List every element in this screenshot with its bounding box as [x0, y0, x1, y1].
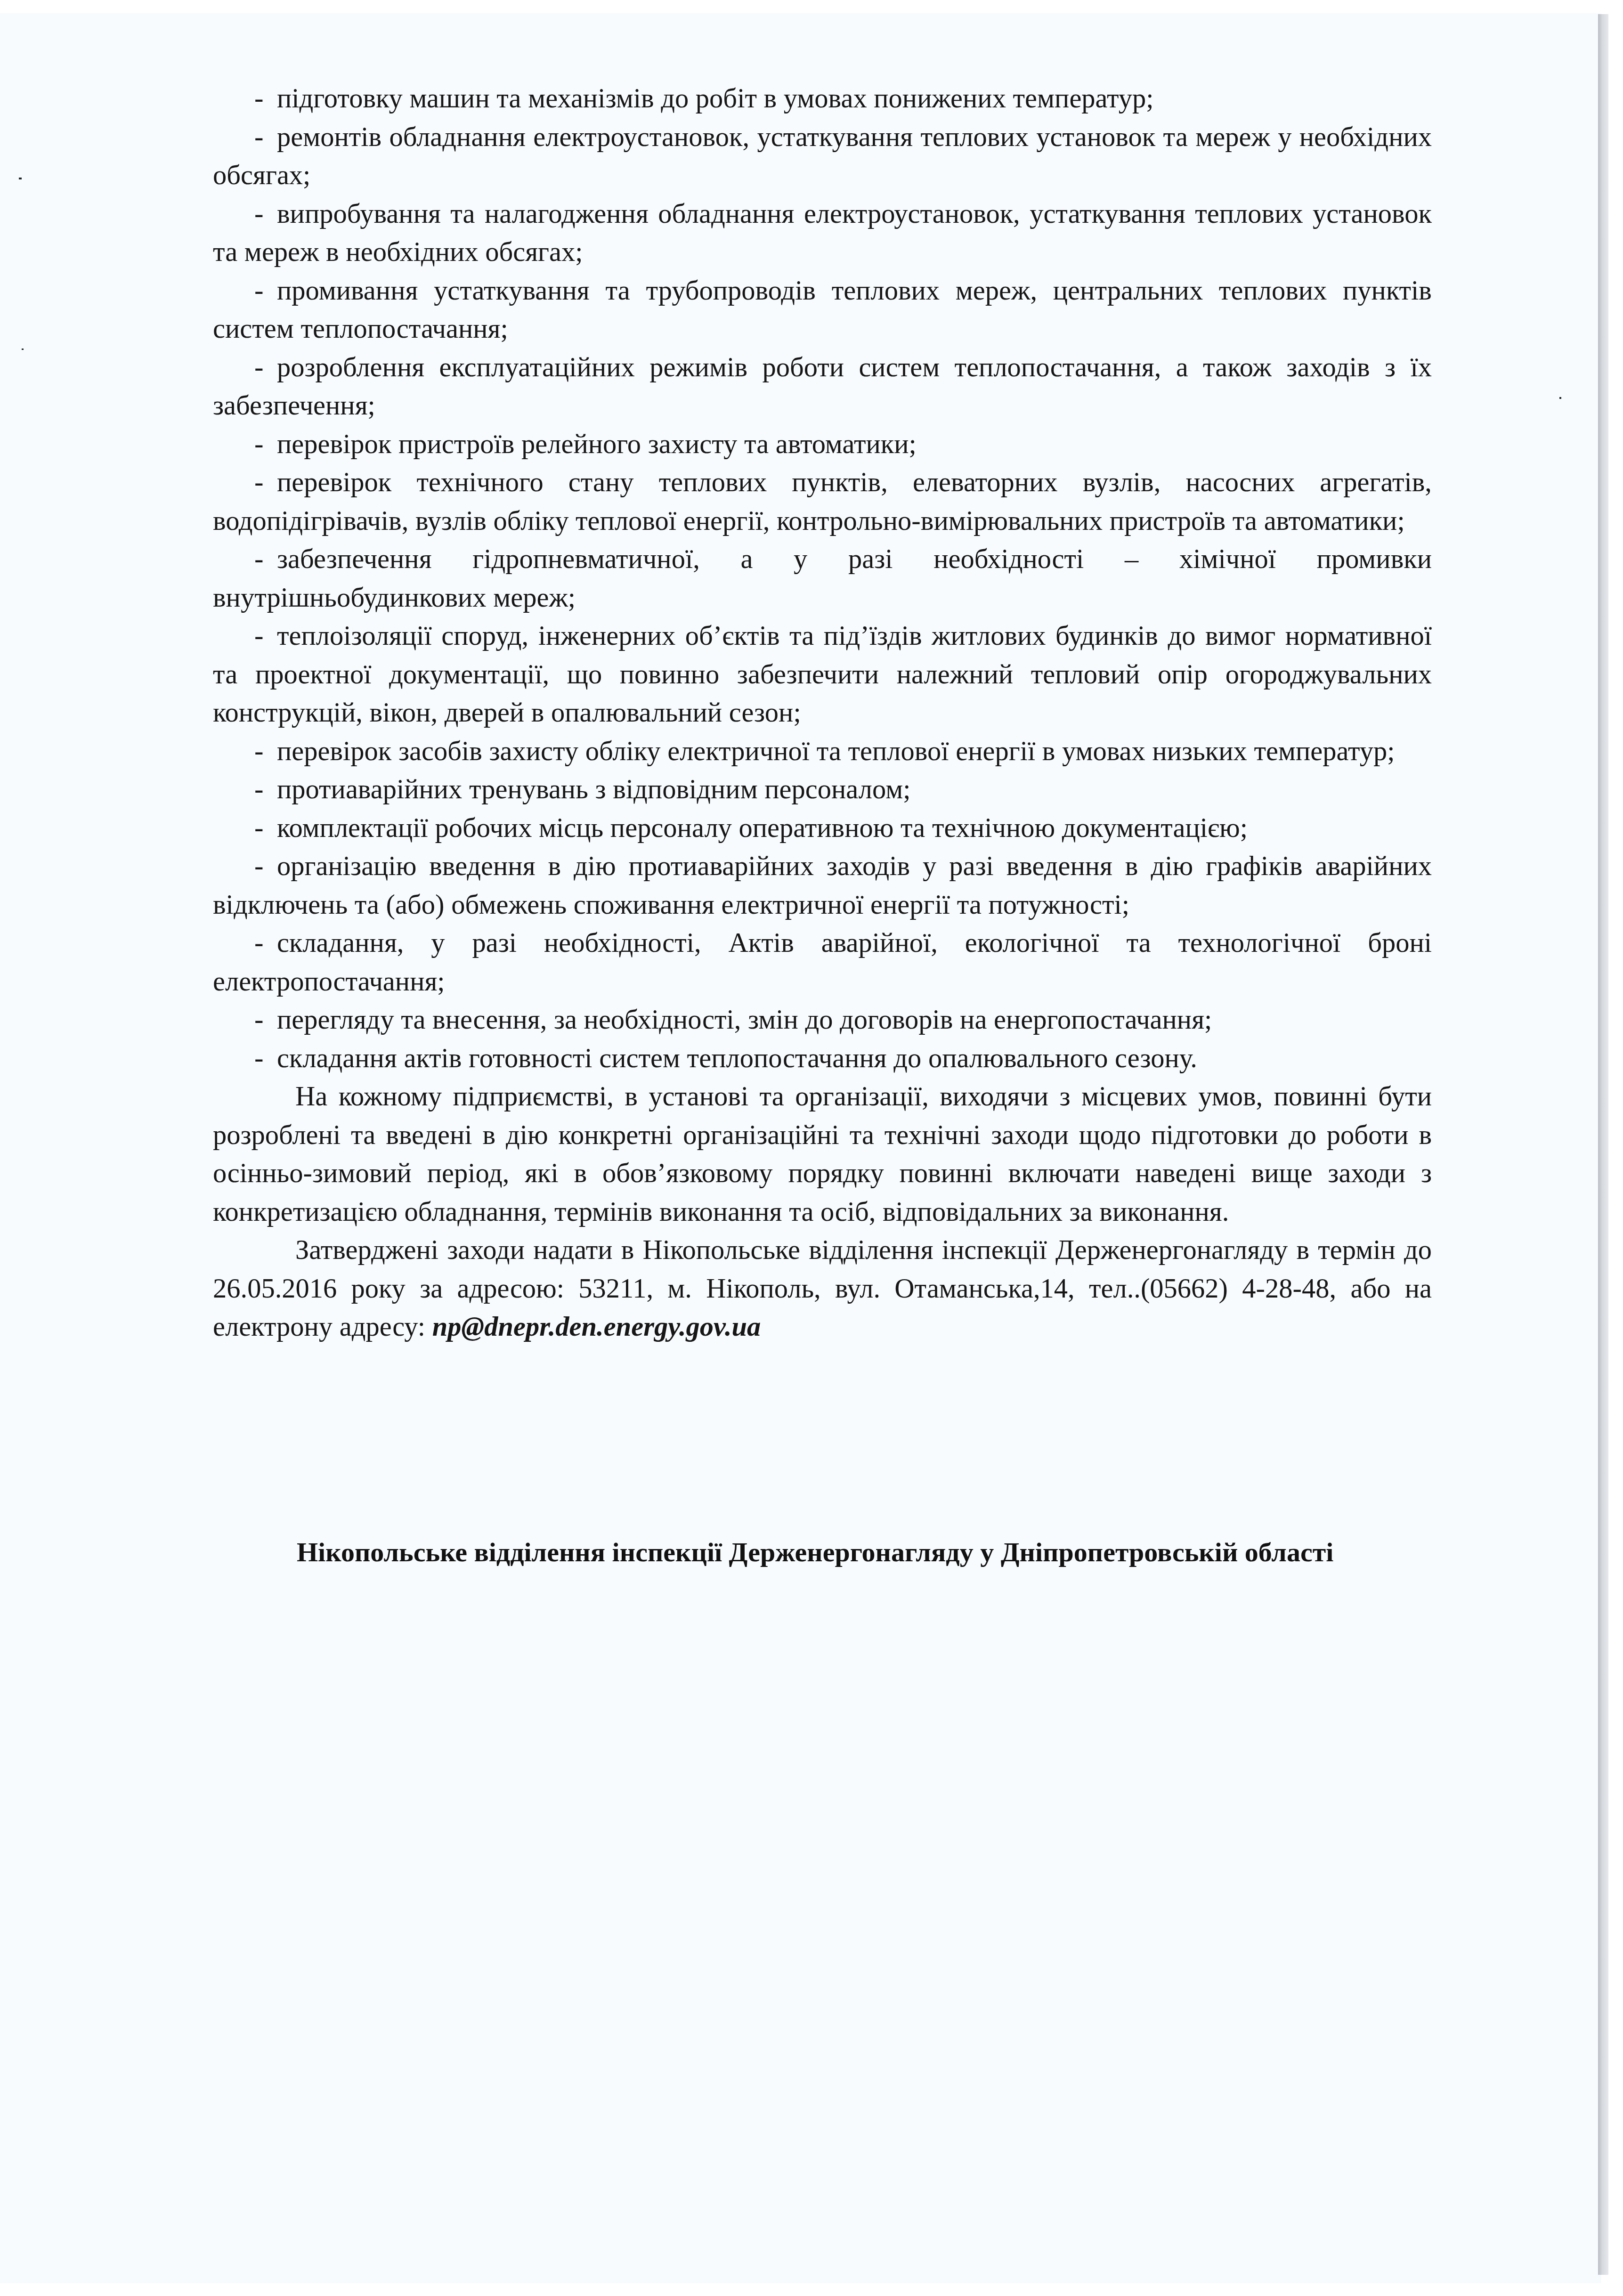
dash-marker: - — [254, 540, 277, 578]
dash-marker: - — [254, 1039, 277, 1078]
list-item-text: ремонтів обладнання електроустановок, ус… — [213, 122, 1432, 191]
list-item-text: перевірок пристроїв релейного захисту та… — [277, 429, 917, 459]
list-item: -випробування та налагодження обладнання… — [213, 195, 1432, 271]
list-item: -перевірок засобів захисту обліку електр… — [213, 732, 1432, 771]
list-item-text: забезпечення гідропневматичної, а у разі… — [213, 544, 1432, 613]
dash-marker: - — [254, 463, 277, 502]
dash-marker: - — [254, 770, 277, 809]
list-item-text: перегляду та внесення, за необхідності, … — [277, 1004, 1212, 1035]
list-item-text: перевірок технічного стану теплових пунк… — [213, 467, 1432, 536]
dash-marker: - — [254, 847, 277, 885]
list-item: -комплектації робочих місць персоналу оп… — [213, 809, 1432, 847]
dash-marker: - — [254, 732, 277, 771]
document-body: -підготовку машин та механізмів до робіт… — [213, 79, 1432, 1346]
list-item: -складання, у разі необхідності, Актів а… — [213, 924, 1432, 1000]
dash-marker: - — [254, 195, 277, 233]
dash-marker: - — [254, 271, 277, 310]
dash-marker: - — [254, 617, 277, 655]
dash-marker: - — [254, 118, 277, 156]
list-item-text: промивання устаткування та трубопроводів… — [213, 275, 1432, 344]
list-item: -ремонтів обладнання електроустановок, у… — [213, 118, 1432, 195]
list-item-text: складання, у разі необхідності, Актів ав… — [213, 927, 1432, 997]
list-item: -перегляду та внесення, за необхідності,… — [213, 1000, 1432, 1039]
dash-marker: - — [254, 348, 277, 387]
page-edge-shadow — [1598, 14, 1608, 2275]
list-item: -розроблення експлуатаційних режимів роб… — [213, 348, 1432, 425]
list-item-text: теплоізоляції споруд, інженерних об’єкті… — [213, 620, 1432, 728]
list-item-text: розроблення експлуатаційних режимів робо… — [213, 352, 1432, 421]
list-item-text: випробування та налагодження обладнання … — [213, 198, 1432, 268]
dash-marker: - — [254, 809, 277, 847]
list-item-text: складання актів готовності систем теплоп… — [277, 1043, 1197, 1073]
list-item-text: підготовку машин та механізмів до робіт … — [277, 83, 1154, 114]
list-item-text: перевірок засобів захисту обліку електри… — [277, 736, 1395, 766]
list-item: -перевірок пристроїв релейного захисту т… — [213, 425, 1432, 463]
list-item: -теплоізоляції споруд, інженерних об’єкт… — [213, 617, 1432, 732]
list-item: -складання актів готовності систем тепло… — [213, 1039, 1432, 1078]
measures-list: -підготовку машин та механізмів до робіт… — [213, 79, 1432, 1077]
dash-marker: - — [254, 79, 277, 118]
dash-marker: - — [254, 425, 277, 463]
list-item: -протиаварійних тренувань з відповідним … — [213, 770, 1432, 809]
list-item: -підготовку машин та механізмів до робіт… — [213, 79, 1432, 118]
list-item: -промивання устаткування та трубопроводі… — [213, 271, 1432, 348]
dash-marker: - — [254, 1000, 277, 1039]
requirements-paragraph: На кожному підприємстві, в установі та о… — [213, 1077, 1432, 1231]
list-item-text: протиаварійних тренувань з відповідним п… — [277, 774, 910, 804]
list-item: -організацію введення в дію протиаварійн… — [213, 847, 1432, 924]
list-item-text: організацію введення в дію протиаварійни… — [213, 851, 1432, 920]
scan-speck — [19, 178, 22, 179]
dash-marker: - — [254, 924, 277, 962]
list-item: -перевірок технічного стану теплових пун… — [213, 463, 1432, 540]
list-item-text: комплектації робочих місць персоналу опе… — [277, 812, 1248, 843]
scan-speck — [1559, 397, 1561, 399]
submission-text: Затверджені заходи надати в Нікопольське… — [213, 1234, 1432, 1342]
email-address: np@dnepr.den.energy.gov.ua — [432, 1311, 761, 1342]
signature-line: Нікопольське відділення інспекції Держен… — [297, 1536, 1446, 1568]
list-item: -забезпечення гідропневматичної, а у раз… — [213, 540, 1432, 617]
submission-paragraph: Затверджені заходи надати в Нікопольське… — [213, 1231, 1432, 1346]
scan-speck — [22, 349, 24, 350]
